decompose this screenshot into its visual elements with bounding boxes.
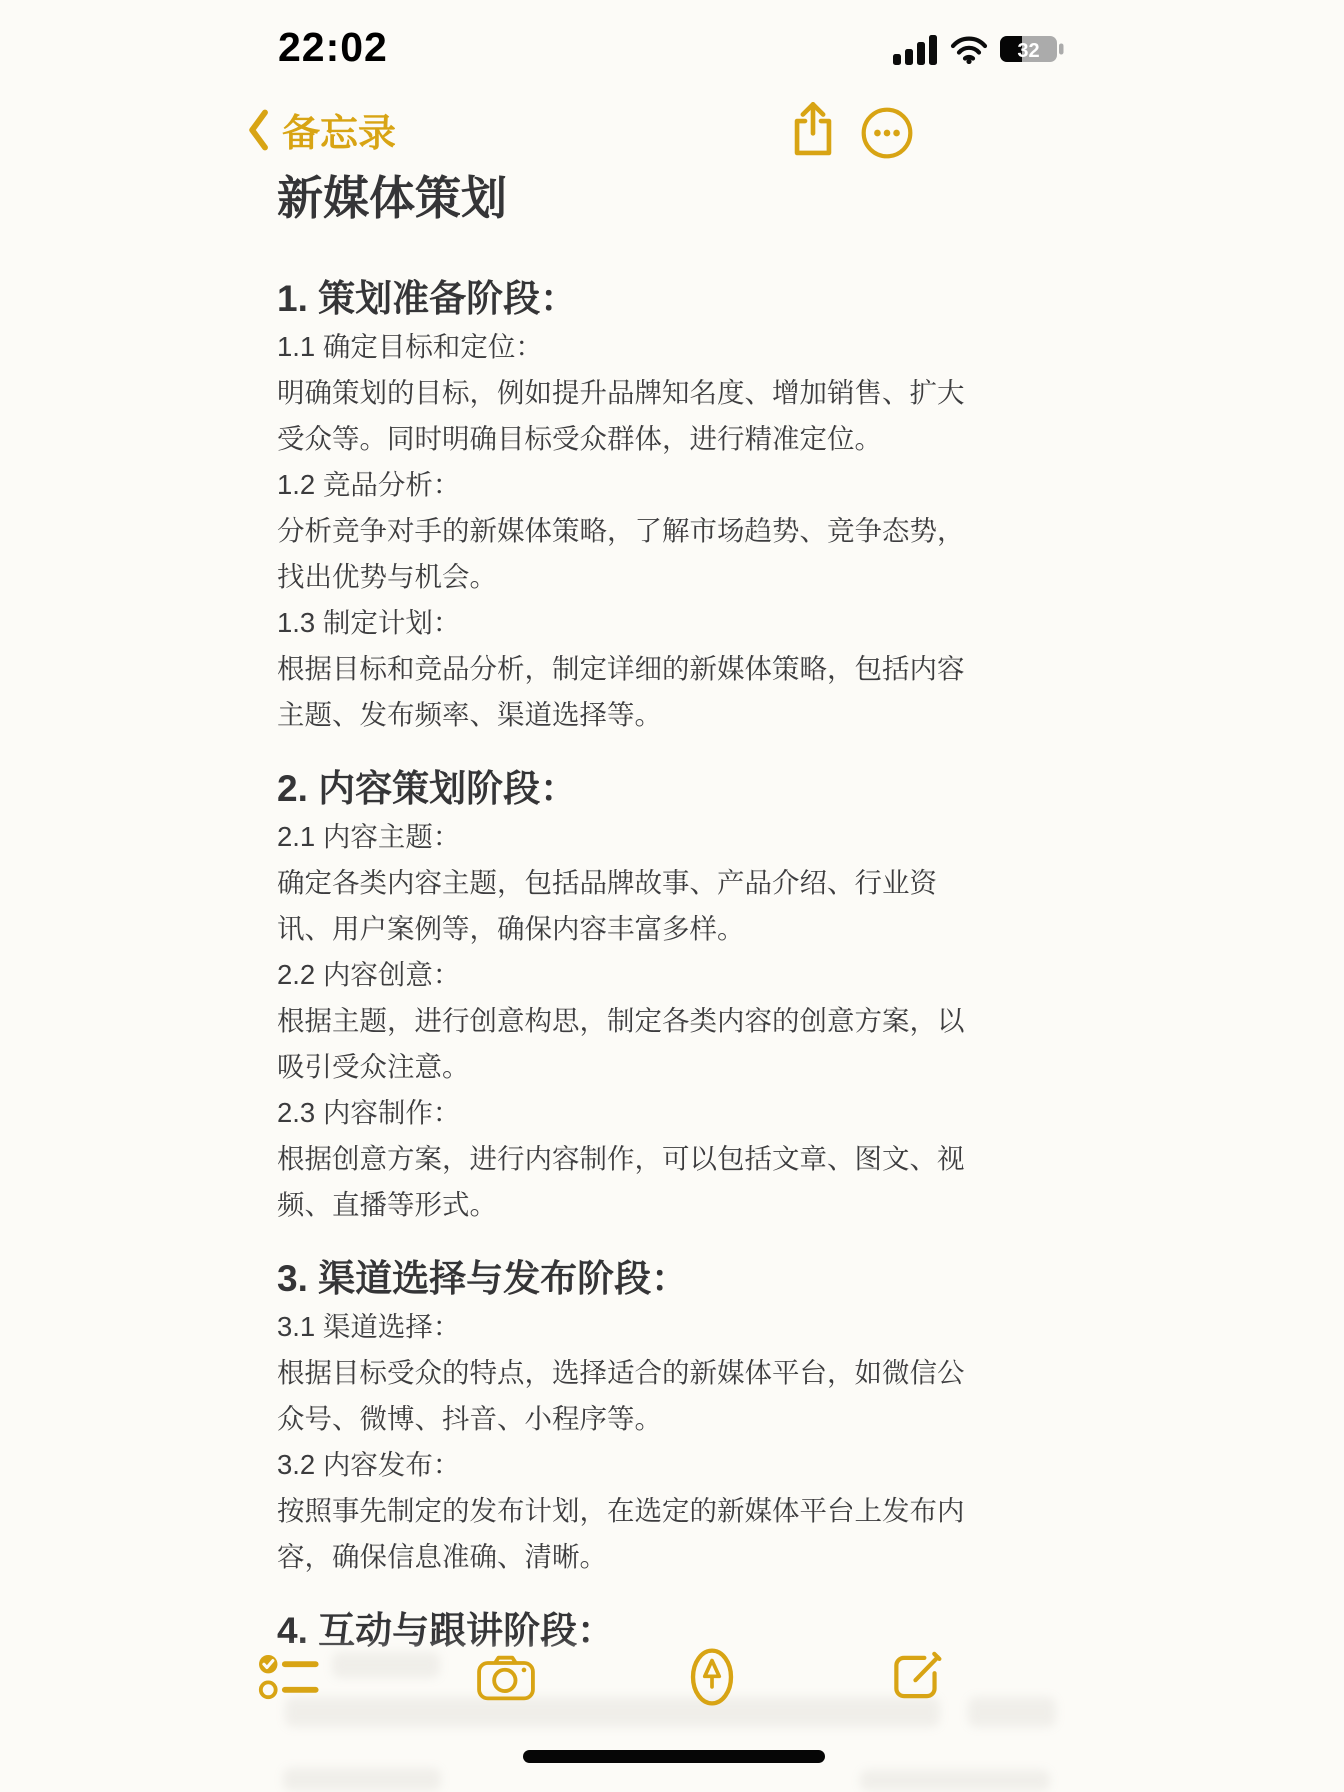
paragraph: 根据主题，进行创意构思，制定各类内容的创意方案，以 吸引受众注意。 xyxy=(277,998,983,1090)
note-section: 2. 内容策划阶段： 2.1 内容主题：确定各类内容主题，包括品牌故事、产品介绍… xyxy=(277,764,983,1228)
paragraph: 分析竞争对手的新媒体策略，了解市场趋势、竞争态势， 找出优势与机会。 xyxy=(277,508,983,600)
battery-percent: 32 xyxy=(1017,40,1039,62)
compose-icon[interactable] xyxy=(890,1649,946,1705)
paragraph: 根据目标受众的特点，选择适合的新媒体平台，如微信公 众号、微博、抖音、小程序等。 xyxy=(277,1350,983,1442)
home-indicator[interactable] xyxy=(523,1750,825,1763)
markup-icon[interactable] xyxy=(689,1648,735,1706)
subsection-heading: 3.2 内容发布： xyxy=(277,1442,983,1488)
chevron-left-icon xyxy=(246,109,270,151)
status-icons: 32 xyxy=(893,30,1065,68)
more-icon[interactable] xyxy=(860,106,914,160)
camera-icon[interactable] xyxy=(477,1654,535,1701)
subsection-heading: 3.1 渠道选择： xyxy=(277,1304,983,1350)
note-title: 新媒体策划 xyxy=(277,170,983,226)
subsection-heading: 2.2 内容创意： xyxy=(277,952,983,998)
note-editor[interactable]: 新媒体策划 1. 策划准备阶段： 1.1 确定目标和定位：明确策划的目标，例如提… xyxy=(277,170,983,1656)
share-icon[interactable] xyxy=(788,100,838,158)
subsection-heading: 1.1 确定目标和定位： xyxy=(277,324,983,370)
note-section: 3. 渠道选择与发布阶段： 3.1 渠道选择：根据目标受众的特点，选择适合的新媒… xyxy=(277,1254,983,1580)
subsection-heading: 1.2 竞品分析： xyxy=(277,462,983,508)
wifi-icon xyxy=(950,35,988,64)
ghost-text xyxy=(860,1770,1050,1791)
section-heading: 2. 内容策划阶段： xyxy=(277,764,983,814)
back-button[interactable]: 备忘录 xyxy=(246,102,396,157)
note-body: 1. 策划准备阶段： 1.1 确定目标和定位：明确策划的目标，例如提升品牌知名度… xyxy=(277,274,983,1656)
ghost-text xyxy=(968,1697,1056,1727)
checklist-icon[interactable] xyxy=(258,1651,322,1703)
ghost-text xyxy=(283,1768,441,1791)
subsection-heading: 2.1 内容主题： xyxy=(277,814,983,860)
note-section: 1. 策划准备阶段： 1.1 确定目标和定位：明确策划的目标，例如提升品牌知名度… xyxy=(277,274,983,738)
paragraph: 确定各类内容主题，包括品牌故事、产品介绍、行业资 讯、用户案例等，确保内容丰富多… xyxy=(277,860,983,952)
notes-toolbar xyxy=(258,1648,946,1706)
paragraph: 按照事先制定的发布计划，在选定的新媒体平台上发布内 容，确保信息准确、清晰。 xyxy=(277,1488,983,1580)
battery-icon: 32 xyxy=(999,33,1065,65)
cellular-signal-icon xyxy=(893,33,939,65)
back-label: 备忘录 xyxy=(282,102,396,157)
paragraph: 明确策划的目标，例如提升品牌知名度、增加销售、扩大 受众等。同时明确目标受众群体… xyxy=(277,370,983,462)
subsection-heading: 2.3 内容制作： xyxy=(277,1090,983,1136)
paragraph: 根据目标和竞品分析，制定详细的新媒体策略，包括内容 主题、发布频率、渠道选择等。 xyxy=(277,646,983,738)
status-time: 22:02 xyxy=(278,24,388,71)
subsection-heading: 1.3 制定计划： xyxy=(277,600,983,646)
section-heading: 3. 渠道选择与发布阶段： xyxy=(277,1254,983,1304)
paragraph: 根据创意方案，进行内容制作，可以包括文章、图文、视 频、直播等形式。 xyxy=(277,1136,983,1228)
section-heading: 1. 策划准备阶段： xyxy=(277,274,983,324)
